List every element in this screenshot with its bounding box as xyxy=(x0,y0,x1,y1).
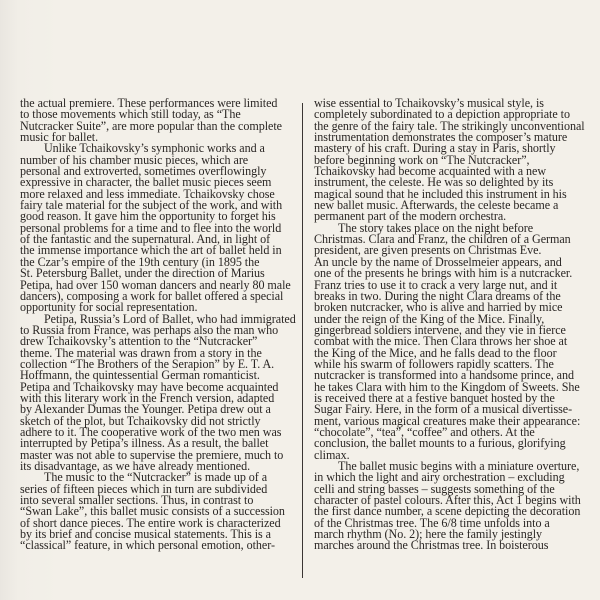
scanned-page: the actual premiere. These performances … xyxy=(0,0,600,600)
text-line: conclusion, the ballet mounts to a furio… xyxy=(314,438,590,449)
text-line: “classical” feature, in which personal e… xyxy=(20,540,292,551)
left-text-column: the actual premiere. These performances … xyxy=(20,98,292,552)
right-text-column: wise essential to Tchaikovsky’s musical … xyxy=(314,98,590,552)
column-divider xyxy=(302,103,303,578)
text-line: marches around the Christmas tree. In bo… xyxy=(314,540,590,551)
